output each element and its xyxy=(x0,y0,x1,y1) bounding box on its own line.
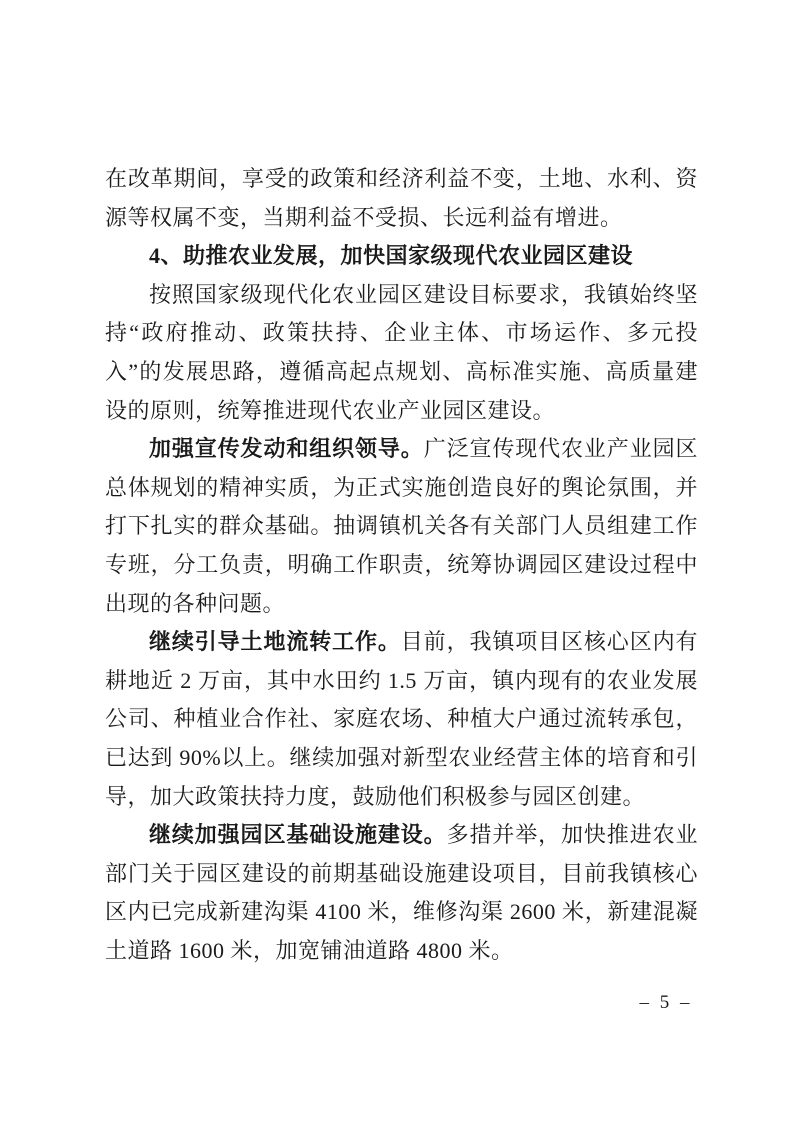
paragraph: 继续加强园区基础设施建设。多措并举，加快推进农业部门关于园区建设的前期基础设施建… xyxy=(105,816,698,970)
page-number: – 5 – xyxy=(628,992,704,1014)
document-page: 在改革期间，享受的政策和经济利益不变，土地、水利、资源等权属不变，当期利益不受损… xyxy=(0,0,793,1122)
paragraph-continuation: 在改革期间，享受的政策和经济利益不变，土地、水利、资源等权属不变，当期利益不受损… xyxy=(105,160,698,237)
paragraph: 加强宣传发动和组织领导。广泛宣传现代农业产业园区总体规划的精神实质，为正式实施创… xyxy=(105,430,698,623)
document-body: 在改革期间，享受的政策和经济利益不变，土地、水利、资源等权属不变，当期利益不受损… xyxy=(105,160,698,970)
paragraph-lead: 继续引导土地流转工作。 xyxy=(149,629,401,654)
paragraph-lead: 继续加强园区基础设施建设。 xyxy=(149,822,447,847)
paragraph-text: 目前，我镇项目区核心区内有耕地近 2 万亩，其中水田约 1.5 万亩，镇内现有的… xyxy=(105,629,698,808)
paragraph-text: 广泛宣传现代农业产业园区总体规划的精神实质，为正式实施创造良好的舆论氛围，并打下… xyxy=(105,436,698,615)
paragraph: 按照国家级现代化农业园区建设目标要求，我镇始终坚持“政府推动、政策扶持、企业主体… xyxy=(105,276,698,430)
section-heading: 4、助推农业发展，加快国家级现代农业园区建设 xyxy=(105,237,698,276)
paragraph: 继续引导土地流转工作。目前，我镇项目区核心区内有耕地近 2 万亩，其中水田约 1… xyxy=(105,623,698,816)
paragraph-lead: 加强宣传发动和组织领导。 xyxy=(149,436,424,461)
